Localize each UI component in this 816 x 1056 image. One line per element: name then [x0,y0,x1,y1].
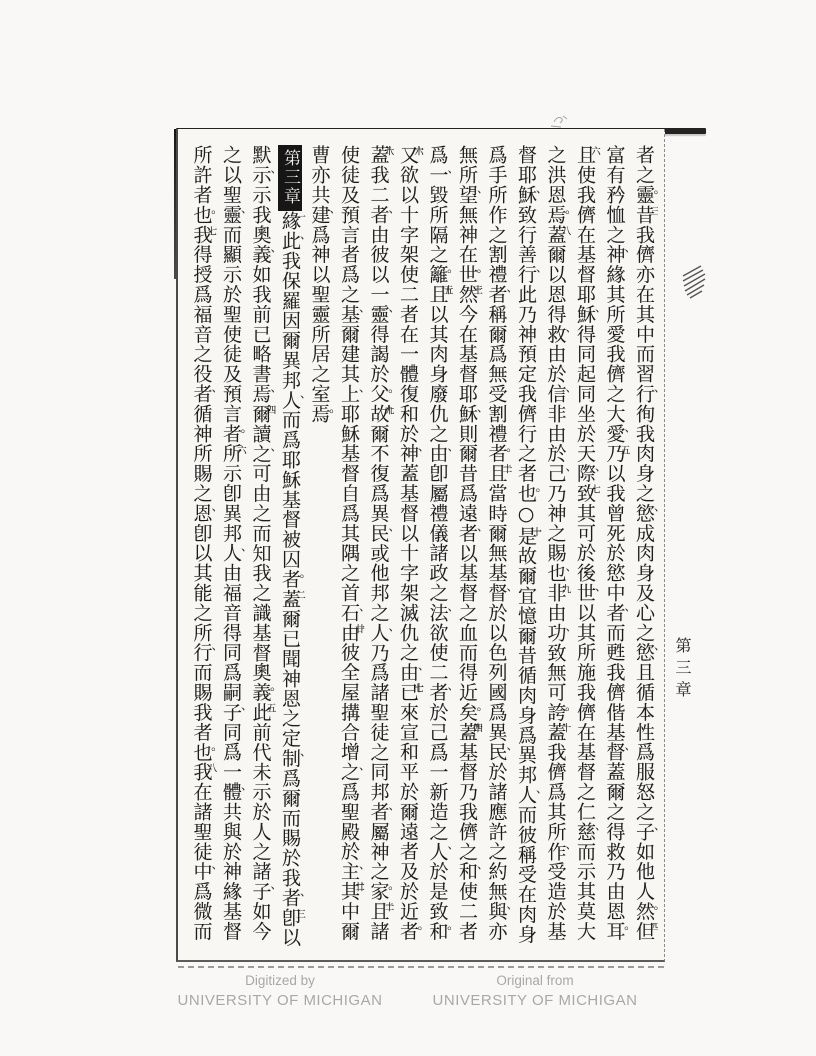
column-text: 以其所施我儕在基督之仁慈 [574,603,596,842]
column-text: 且使我儕在基督耶穌 [574,145,596,324]
column-text: 而彼稱受在肉身 [515,805,537,944]
text-column: 之以聖靈、而顯示於聖使徒及預言者。六所示卽異邦人、由福音得同爲嗣子、同爲一體、共… [216,145,246,948]
column-text: 如我前已略書焉 [250,264,272,403]
text-column: 爲手所作之割禮者、稱爾爲無受割禮者。十二且當時爾無基督、於以色列國爲異民、於諸應… [481,145,511,948]
column-text: 以基督之血而得近矣 [456,543,478,722]
column-text: 蓋爾以恩得救 [545,225,567,344]
column-text: 且循本性爲服怒之子 [633,662,655,841]
text-column: 曹亦共建、爲神以聖靈所居之室焉。 [304,145,334,948]
column-text: 循神所賜之恩 [191,404,213,523]
column-text: 得同起同坐於天際 [574,324,596,483]
column-text: 富有矜恤之神 [604,145,626,264]
column-text: 我得授爲福音之役者 [191,225,213,404]
column-text: 又欲以十字架使二者在一體復和於神 [397,145,419,463]
column-text: 乃以我曾死於慾中者 [604,444,626,623]
column-text: 蓋基督以十字架滅仇之由 [397,463,419,682]
column-text: 蓋爾之得救乃由恩耳 [604,762,626,941]
text-frame: 者之靈。三昔我儕亦在其中而習行、徇我肉身之慾、成肉身及心之慾、且循本性爲服怒之子… [176,129,665,962]
column-text: 卽以其能之所行 [191,523,213,662]
text-column: 六且使我儕在基督耶穌、得同起同坐於天際、七致其可於後世、以其所施我儕在基督之仁慈… [570,145,600,948]
column-text: ○ [515,503,537,526]
column-text: 爲爾而賜於我者 [279,768,301,907]
text-column: 使徒及預言者爲之基、爾建其上、耶穌基督自爲其隅之首石、廿一由彼全屋搆合增之、爲聖… [334,145,364,948]
column-text: 可由之而知我之識基督奧義 [250,463,272,702]
column-text: 則爾昔爲遠者 [456,424,478,543]
column-text: 卽屬禮儀諸政之法 [427,463,449,622]
text-column: 無所望、無神在世。十三然今在基督耶穌、則爾昔爲遠者、以基督之血而得近矣。十四蓋基… [452,145,482,948]
column-text: 我在諸聖徒中 [191,762,213,881]
column-text: 此乃神預定我儕行之者也 [515,284,537,503]
text-column: 之洪恩焉。八蓋爾以恩得救、由於信、非由於己、乃神之賜也、九非由功、致無可誇。十蓋… [540,145,570,948]
footer-original-line1: Original from [375,973,695,989]
column-text: 使徒及預言者爲之基 [338,145,360,324]
column-text: 而甦我儕偕基督 [604,623,626,762]
text-column: 所許者也。七我得授爲福音之役者、循神所賜之恩、卽以其能之所行、而賜我者也。八我在… [186,145,216,948]
column-text: 昔我儕亦在其中而習行 [633,205,655,404]
column-text: 此前代未示於人之諸子 [250,702,272,901]
column-text: 成肉身及心之慾 [633,523,655,662]
frame-bottom-artifact-line [178,966,664,968]
column-text: 爲微而 [191,881,213,941]
text-columns: 者之靈。三昔我儕亦在其中而習行、徇我肉身之慾、成肉身及心之慾、且循本性爲服怒之子… [182,145,658,948]
footer-original-line2: UNIVERSITY OF MICHIGAN [375,991,695,1011]
column-text: 且以其肉身廢仇之由 [427,284,449,463]
hatch-mark-icon [681,262,707,306]
column-text: 而顯示於聖使徒及預言者 [220,225,242,444]
ink-smudge-icon [536,110,576,130]
column-text: 是故爾宜憶爾昔循肉身爲異邦人 [515,526,537,805]
text-column: 者之靈。三昔我儕亦在其中而習行、徇我肉身之慾、成肉身及心之慾、且循本性爲服怒之子… [629,145,659,948]
column-text: 蓋基督乃我儕之和 [456,722,478,881]
column-text: 爲手所作之割禮者 [486,145,508,304]
column-text: 緣其所愛我儕之大愛 [604,264,626,443]
column-text: 且當時爾無基督 [486,463,508,602]
column-text: 由福音得同爲嗣子 [220,563,242,722]
text-column: 富有矜恤之神、緣其所愛我儕之大愛、五乃以我曾死於慾中者、而甦我儕偕基督、蓋爾之得… [599,145,629,948]
chapter-heading-box: 第三章 [278,145,302,211]
column-text: 稱爾爲無受割禮者 [486,304,508,463]
column-text: 故爾不復爲異民 [368,404,390,543]
column-text: 蓋爾已聞神恩之定制 [279,589,301,768]
column-text: 共與於神緣基督 [220,802,242,941]
column-text: 如今 [250,901,272,941]
scanned-page: 者之靈。三昔我儕亦在其中而習行、徇我肉身之慾、成肉身及心之慾、且循本性爲服怒之子… [0,0,816,1056]
text-column: 爲一、毀所隔之籬。十五且以其肉身廢仇之由、卽屬禮儀諸政之法、欲使二者、於己爲一新… [422,145,452,948]
column-text: 而爲耶穌基督被囚者 [279,410,301,589]
column-text: 爲神以聖靈所居之室焉 [309,225,331,424]
margin-chapter-label: 第三章 [671,637,694,703]
column-text: 由彼全屋搆合增之 [338,623,360,782]
column-text: 受造於基 [545,861,567,941]
column-text: 於己爲一新造之人 [427,702,449,861]
column-text: 耶穌基督自爲其隅之首石 [338,404,360,623]
column-text: 乃爲諸聖徒之同邦者 [368,643,390,822]
column-text: 於以色列國爲異民 [486,603,508,762]
text-column: 督耶穌、致行善行、此乃神預定我儕行之者也。○十一是故爾宜憶爾昔循肉身爲異邦人、而… [511,145,541,948]
column-text: 已來宣和平於爾遠者及於近者 [397,682,419,941]
column-text: 亦 [486,921,508,941]
column-text: 我保羅因爾異邦人 [279,251,301,410]
text-column: 十六又欲以十字架使二者在一體復和於神、蓋基督以十字架滅仇之由、十七已來宣和平於爾… [393,145,423,948]
text-column: 默示、示我奧義、如我前已略書焉、四爾讀之、可由之而知我之識基督奧義。五此前代未示… [245,145,275,948]
text-column: 十八蓋我二者、由彼以一靈、得謁於父。十九故爾不復爲異民、或他邦之人、乃爲諸聖徒之… [363,145,393,948]
column-text: 所示卽異邦人 [220,444,242,563]
footer-original: Original from UNIVERSITY OF MICHIGAN [375,973,695,1011]
column-text: 然今在基督耶穌 [456,284,478,423]
column-text: 而示其莫大 [574,842,596,942]
column-text: 於諸應許之約無與 [486,762,508,921]
text-column: 第三章一緣此、我保羅因爾異邦人、而爲耶穌基督被囚者。二蓋爾已聞神恩之定制、爲爾而… [275,145,305,948]
column-text: 蓋我儕爲其所作 [545,722,567,861]
column-text: 致其可於後世 [574,483,596,602]
column-text: 使二者 [456,881,478,941]
column-text: 徇我肉身之慾 [633,404,655,523]
